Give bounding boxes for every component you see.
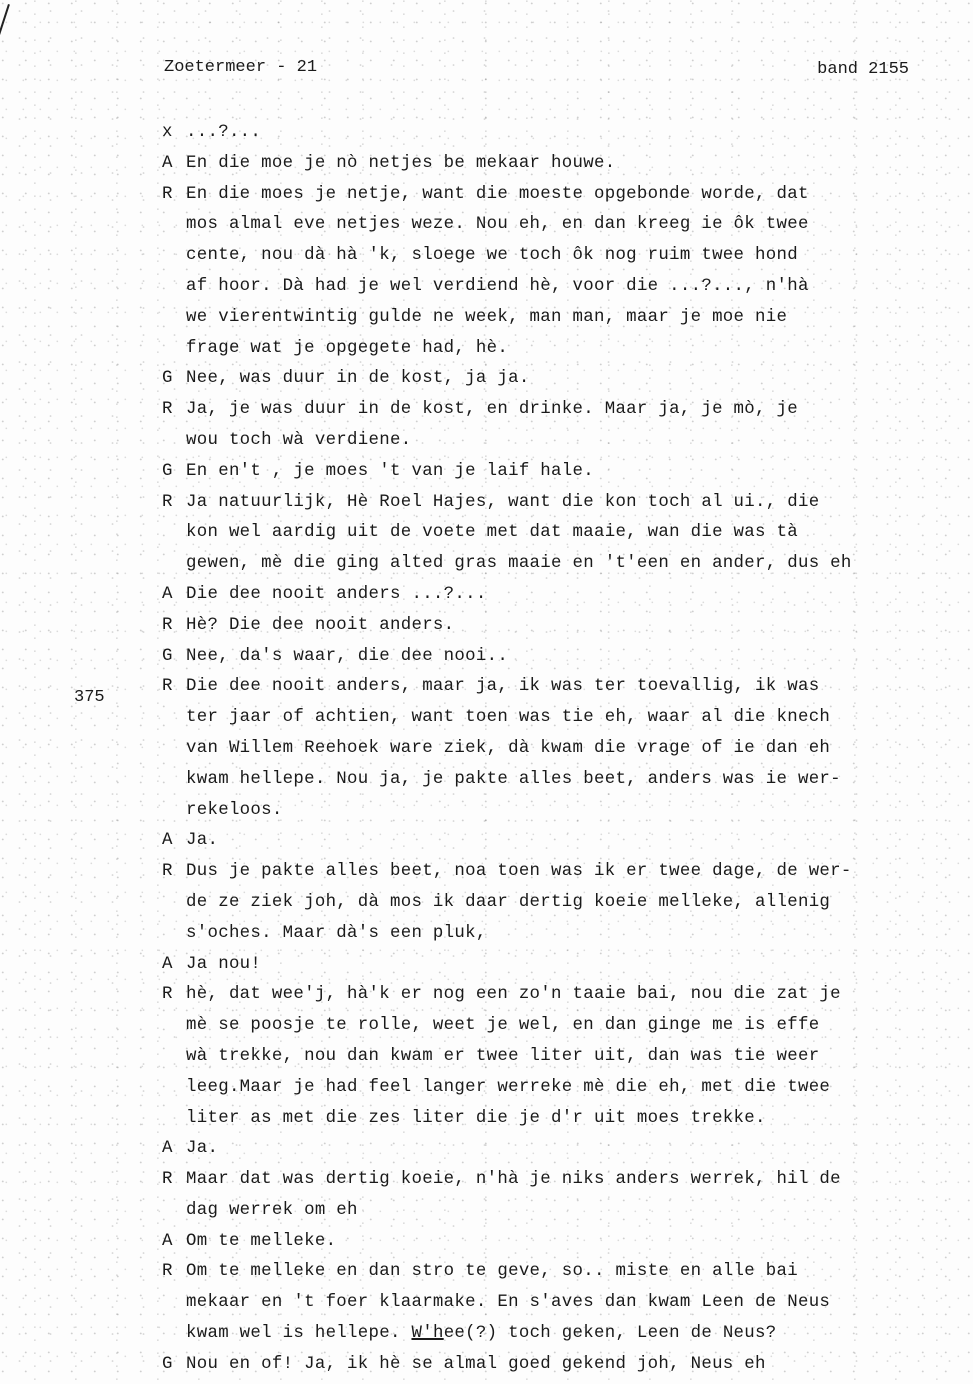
utterance-text: En die moes je netje, want die moeste op… — [186, 185, 809, 204]
transcript-line: AEn die moe je nò netjes be mekaar houwe… — [162, 149, 962, 180]
transcript-line: gewen, mè die ging alted gras maaie en '… — [162, 549, 962, 580]
utterance-text: wou toch wà verdiene. — [186, 431, 411, 450]
transcript-line: kwam hellepe. Nou ja, je pakte alles bee… — [162, 765, 962, 796]
speaker-label: A — [162, 580, 186, 611]
speaker-label: A — [162, 950, 186, 981]
margin-line-number: 375 — [74, 688, 105, 707]
transcript-line: frage wat je opgegete had, hè. — [162, 334, 962, 365]
speaker-turn: Rhè, dat wee'j, hà'k er nog een zo'n taa… — [162, 980, 962, 1134]
utterance-text: cente, nou dà hà 'k, sloege we toch ôk n… — [186, 246, 798, 265]
utterance-text: leeg.Maar je had feel langer werreke mè … — [186, 1078, 830, 1097]
page-header: Zoetermeer - 21 band 2155 — [164, 58, 909, 84]
speaker-turn: AJa nou! — [162, 950, 962, 981]
transcript-line: de ze ziek joh, dà mos ik daar dertig ko… — [162, 888, 962, 919]
utterance-text: af hoor. Dà had je wel verdiend hè, voor… — [186, 277, 809, 296]
speaker-turn: AEn die moe je nò netjes be mekaar houwe… — [162, 149, 962, 180]
speaker-label: R — [162, 980, 186, 1011]
speaker-turn: AJa. — [162, 1134, 962, 1165]
transcript-line: mekaar en 't foer klaarmake. En s'aves d… — [162, 1288, 962, 1319]
speaker-turn: GNee, was duur in de kost, ja ja. — [162, 364, 962, 395]
speaker-label: R — [162, 1165, 186, 1196]
speaker-turn: RMaar dat was dertig koeie, n'hà je niks… — [162, 1165, 962, 1227]
transcript-line: REn die moes je netje, want die moeste o… — [162, 180, 962, 211]
speaker-label: A — [162, 826, 186, 857]
utterance-text: Ja, je was duur in de kost, en drinke. M… — [186, 400, 798, 419]
utterance-text: Om te melleke. — [186, 1232, 336, 1251]
transcript-line: wà trekke, nou dan kwam er twee liter ui… — [162, 1042, 962, 1073]
speaker-turn: AJa. — [162, 826, 962, 857]
transcript-line: liter as met die zes liter die je d'r ui… — [162, 1104, 962, 1135]
speaker-label: A — [162, 149, 186, 180]
transcript-line: RHè? Die dee nooit anders. — [162, 611, 962, 642]
transcript-line: ter jaar of achtien, want toen was tie e… — [162, 703, 962, 734]
utterance-text: rekeloos. — [186, 801, 283, 820]
transcript-line: Rhè, dat wee'j, hà'k er nog een zo'n taa… — [162, 980, 962, 1011]
transcript-line: kwam wel is hellepe. W'hee(?) toch geken… — [162, 1319, 962, 1350]
utterance-text: Nou en of! Ja, ik hè se almal goed geken… — [186, 1355, 766, 1374]
utterance-text: Die dee nooit anders, maar ja, ik was te… — [186, 677, 819, 696]
utterance-text: Om te melleke en dan stro te geve, so.. … — [186, 1262, 798, 1281]
speaker-turn: RHè? Die dee nooit anders. — [162, 611, 962, 642]
utterance-text: En en't , je moes 't van je laif hale. — [186, 462, 594, 481]
speaker-label: G — [162, 364, 186, 395]
speaker-label: R — [162, 672, 186, 703]
transcript-line: AJa. — [162, 826, 962, 857]
tape-number: band 2155 — [817, 60, 909, 79]
utterance-text: ...?... — [186, 123, 261, 142]
speaker-turn: ROm te melleke en dan stro te geve, so..… — [162, 1257, 962, 1349]
transcript-line: af hoor. Dà had je wel verdiend hè, voor… — [162, 272, 962, 303]
utterance-text: Dus je pakte alles beet, noa toen was ik… — [186, 862, 852, 881]
utterance-text: Hè? Die dee nooit anders. — [186, 616, 454, 635]
utterance-text: kon wel aardig uit de voete met dat maai… — [186, 523, 798, 542]
transcript-line: AOm te melleke. — [162, 1227, 962, 1258]
speaker-turn: GNou en of! Ja, ik hè se almal goed geke… — [162, 1350, 962, 1381]
speaker-turn: RDus je pakte alles beet, noa toen was i… — [162, 857, 962, 949]
transcript-line: kon wel aardig uit de voete met dat maai… — [162, 518, 962, 549]
speaker-label: R — [162, 1257, 186, 1288]
speaker-turn: RJa, je was duur in de kost, en drinke. … — [162, 395, 962, 457]
transcript-line: mos almal eve netjes weze. Nou eh, en da… — [162, 210, 962, 241]
speaker-turn: x...?... — [162, 118, 962, 149]
transcript-line: RDie dee nooit anders, maar ja, ik was t… — [162, 672, 962, 703]
transcript-line: GNee, was duur in de kost, ja ja. — [162, 364, 962, 395]
utterance-text: Ja. — [186, 831, 218, 850]
utterance-text: dag werrek om eh — [186, 1201, 358, 1220]
speaker-label: G — [162, 457, 186, 488]
utterance-text: En die moe je nò netjes be mekaar houwe. — [186, 154, 615, 173]
transcript-line: GNee, da's waar, die dee nooi.. — [162, 642, 962, 673]
utterance-text: wà trekke, nou dan kwam er twee liter ui… — [186, 1047, 819, 1066]
utterance-text: kwam wel is hellepe. W'hee(?) toch geken… — [186, 1324, 777, 1343]
speaker-turn: RJa natuurlijk, Hè Roel Hajes, want die … — [162, 488, 962, 580]
utterance-text: van Willem Reehoek ware ziek, dà kwam di… — [186, 739, 830, 758]
utterance-text: liter as met die zes liter die je d'r ui… — [186, 1109, 766, 1128]
utterance-text: Ja. — [186, 1139, 218, 1158]
utterance-text: Ja nou! — [186, 955, 261, 974]
speaker-label: A — [162, 1227, 186, 1258]
handwritten-margin-mark — [0, 4, 10, 48]
utterance-text: kwam hellepe. Nou ja, je pakte alles bee… — [186, 770, 841, 789]
utterance-text: Maar dat was dertig koeie, n'hà je niks … — [186, 1170, 841, 1189]
utterance-text: Ja natuurlijk, Hè Roel Hajes, want die k… — [186, 493, 819, 512]
transcript-line: RDus je pakte alles beet, noa toen was i… — [162, 857, 962, 888]
speaker-turn: ADie dee nooit anders ...?... — [162, 580, 962, 611]
speaker-label: x — [162, 118, 186, 149]
utterance-text: Nee, was duur in de kost, ja ja. — [186, 369, 530, 388]
speaker-label: R — [162, 857, 186, 888]
speaker-turn: GNee, da's waar, die dee nooi.. — [162, 642, 962, 673]
utterance-text: de ze ziek joh, dà mos ik daar dertig ko… — [186, 893, 830, 912]
transcript-line: mè se poosje te rolle, weet je wel, en d… — [162, 1011, 962, 1042]
speaker-label: G — [162, 642, 186, 673]
utterance-text: we vierentwintig gulde ne week, man man,… — [186, 308, 787, 327]
transcript-line: ADie dee nooit anders ...?... — [162, 580, 962, 611]
transcript-line: AJa. — [162, 1134, 962, 1165]
transcript-line: RMaar dat was dertig koeie, n'hà je niks… — [162, 1165, 962, 1196]
transcript-line: RJa, je was duur in de kost, en drinke. … — [162, 395, 962, 426]
utterance-text: s'oches. Maar dà's een pluk, — [186, 924, 487, 943]
utterance-text: mè se poosje te rolle, weet je wel, en d… — [186, 1016, 819, 1035]
underlined-uncertain-word: W'h — [411, 1324, 443, 1343]
speaker-turn: GEn en't , je moes 't van je laif hale. — [162, 457, 962, 488]
speaker-label: R — [162, 180, 186, 211]
transcript-line: GEn en't , je moes 't van je laif hale. — [162, 457, 962, 488]
utterance-text: Die dee nooit anders ...?... — [186, 585, 487, 604]
transcript-line: rekeloos. — [162, 796, 962, 827]
transcript-line: van Willem Reehoek ware ziek, dà kwam di… — [162, 734, 962, 765]
transcript-line: leeg.Maar je had feel langer werreke mè … — [162, 1073, 962, 1104]
document-title: Zoetermeer - 21 — [164, 58, 317, 77]
transcript-line: RJa natuurlijk, Hè Roel Hajes, want die … — [162, 488, 962, 519]
transcript-line: cente, nou dà hà 'k, sloege we toch ôk n… — [162, 241, 962, 272]
speaker-label: R — [162, 488, 186, 519]
speaker-label: R — [162, 395, 186, 426]
utterance-text: mos almal eve netjes weze. Nou eh, en da… — [186, 215, 809, 234]
transcript-body: x...?...AEn die moe je nò netjes be meka… — [162, 118, 962, 1381]
speaker-turn: REn die moes je netje, want die moeste o… — [162, 180, 962, 365]
transcript-line: x...?... — [162, 118, 962, 149]
speaker-label: R — [162, 611, 186, 642]
transcript-line: ROm te melleke en dan stro te geve, so..… — [162, 1257, 962, 1288]
utterance-text: Nee, da's waar, die dee nooi.. — [186, 647, 508, 666]
transcript-line: we vierentwintig gulde ne week, man man,… — [162, 303, 962, 334]
transcript-line: wou toch wà verdiene. — [162, 426, 962, 457]
utterance-text: frage wat je opgegete had, hè. — [186, 339, 508, 358]
speaker-turn: AOm te melleke. — [162, 1227, 962, 1258]
speaker-label: G — [162, 1350, 186, 1381]
speaker-label: A — [162, 1134, 186, 1165]
transcript-line: GNou en of! Ja, ik hè se almal goed geke… — [162, 1350, 962, 1381]
transcript-line: dag werrek om eh — [162, 1196, 962, 1227]
transcript-line: AJa nou! — [162, 950, 962, 981]
utterance-text: ter jaar of achtien, want toen was tie e… — [186, 708, 830, 727]
utterance-text: gewen, mè die ging alted gras maaie en '… — [186, 554, 852, 573]
transcript-line: s'oches. Maar dà's een pluk, — [162, 919, 962, 950]
utterance-text: hè, dat wee'j, hà'k er nog een zo'n taai… — [186, 985, 841, 1004]
utterance-text: mekaar en 't foer klaarmake. En s'aves d… — [186, 1293, 830, 1312]
speaker-turn: RDie dee nooit anders, maar ja, ik was t… — [162, 672, 962, 826]
